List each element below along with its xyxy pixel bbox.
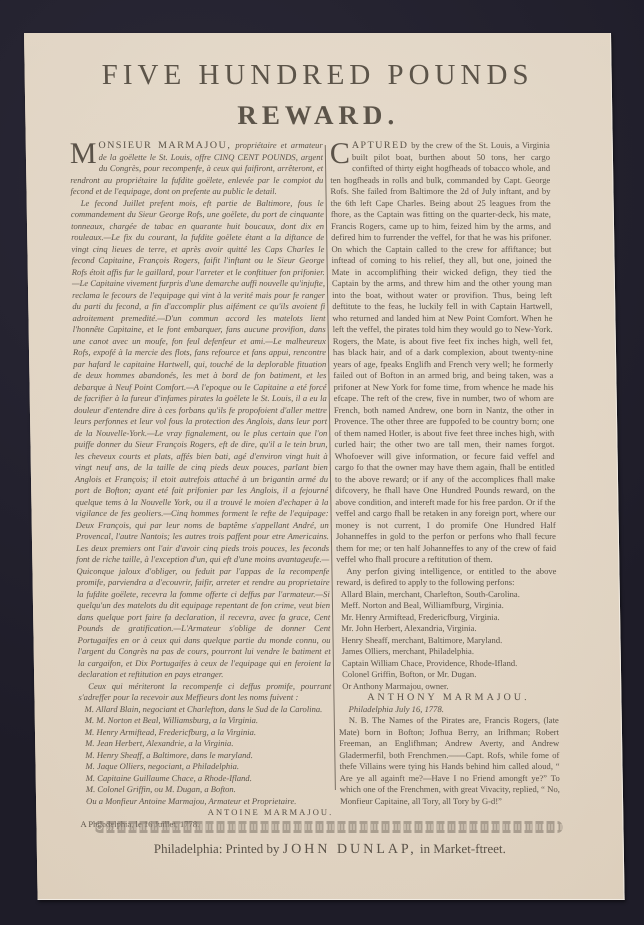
list-item: Ou a Monfieur Antoine Marmajou, Armateur… bbox=[80, 796, 333, 808]
list-item: Henry Sheaff, merchant, Baltimore, Maryl… bbox=[337, 635, 557, 647]
english-contact-list: Allard Blain, merchant, Charlefton, Sout… bbox=[337, 589, 559, 693]
english-dateline: Philadelphia July 16, 1778. bbox=[339, 704, 559, 716]
list-item: Allard Blain, merchant, Charlefton, Sout… bbox=[337, 589, 557, 601]
list-item: M. Henry Sheaff, a Baltimore, dans le ma… bbox=[79, 750, 332, 762]
list-item: M. M. Norton et Beal, Williamsburg, a la… bbox=[79, 715, 332, 727]
decorative-border-ornament bbox=[94, 821, 562, 833]
french-signature: ANTOINE MARMAJOU. bbox=[80, 807, 333, 819]
imprint-suffix: in Market-ftreet. bbox=[420, 841, 506, 856]
english-signature: ANTHONY MARMAJOU. bbox=[338, 692, 558, 704]
english-intro-paragraph: CAPTURED by the crew of the St. Louis, a… bbox=[330, 140, 557, 566]
headline-line-2: REWARD. bbox=[25, 100, 611, 131]
list-item: M. Jaque Olliers, negociant, a Philadelp… bbox=[79, 761, 332, 773]
english-dropcap: C bbox=[330, 142, 350, 166]
english-intro-caps: APTURED bbox=[352, 140, 409, 151]
printer-imprint: Philadelphia: Printed by JOHN DUNLAP, in… bbox=[37, 841, 623, 858]
french-dropcap: M bbox=[70, 142, 97, 166]
french-intro-caps: ONSIEUR MARMAJOU, bbox=[98, 140, 231, 151]
french-contact-list: M. Allard Blain, negociant et Charlefton… bbox=[79, 704, 334, 808]
french-claim-paragraph: Ceux qui mériteront la recompenfe ci def… bbox=[78, 681, 331, 704]
list-item: Captain William Chace, Providence, Rhode… bbox=[338, 658, 558, 670]
list-item: M. Colonel Griffin, ou M. Dugan, a Bofto… bbox=[80, 784, 333, 796]
headline-line-1: FIVE HUNDRED POUNDS bbox=[24, 59, 611, 92]
imprint-prefix: Philadelphia: Printed by bbox=[154, 841, 280, 856]
nota-bene-paragraph: N. B. The Names of the Pirates are, Fran… bbox=[339, 715, 560, 807]
list-item: M. Henry Armiftead, Fredericfburg, a la … bbox=[79, 727, 332, 739]
list-item: Or Anthony Marmajou, owner. bbox=[338, 681, 558, 693]
list-item: Meff. Norton and Beal, Williamfburg, Vir… bbox=[337, 600, 557, 612]
list-item: Mr. Henry Armiftead, Fredericfburg, Virg… bbox=[337, 612, 557, 624]
list-item: M. Allard Blain, negociant et Charlefton… bbox=[79, 704, 332, 716]
broadside-paper: FIVE HUNDRED POUNDS REWARD. MONSIEUR MAR… bbox=[24, 33, 625, 900]
french-intro-paragraph: MONSIEUR MARMAJOU, propriétaire et armat… bbox=[70, 140, 324, 198]
list-item: M. Jean Herbert, Alexandrie, a la Virgin… bbox=[79, 738, 332, 750]
english-apply-paragraph: Any perfon giving intelligence, or entit… bbox=[336, 566, 556, 589]
english-column: CAPTURED by the crew of the St. Louis, a… bbox=[330, 140, 560, 807]
list-item: M. Capitaine Guillaume Chace, a Rhode-If… bbox=[80, 773, 333, 785]
list-item: Colonel Griffin, Bofton, or Mr. Dugan. bbox=[338, 669, 558, 681]
french-column: MONSIEUR MARMAJOU, propriétaire et armat… bbox=[70, 140, 334, 830]
french-narrative-paragraph: Le fecond Juillet prefent mois, eft part… bbox=[71, 198, 332, 681]
list-item: James Olliers, merchant, Philadelphia. bbox=[338, 646, 558, 658]
printer-name: JOHN DUNLAP, bbox=[283, 842, 417, 857]
list-item: Mr. John Herbert, Alexandria, Virginia. bbox=[337, 623, 557, 635]
